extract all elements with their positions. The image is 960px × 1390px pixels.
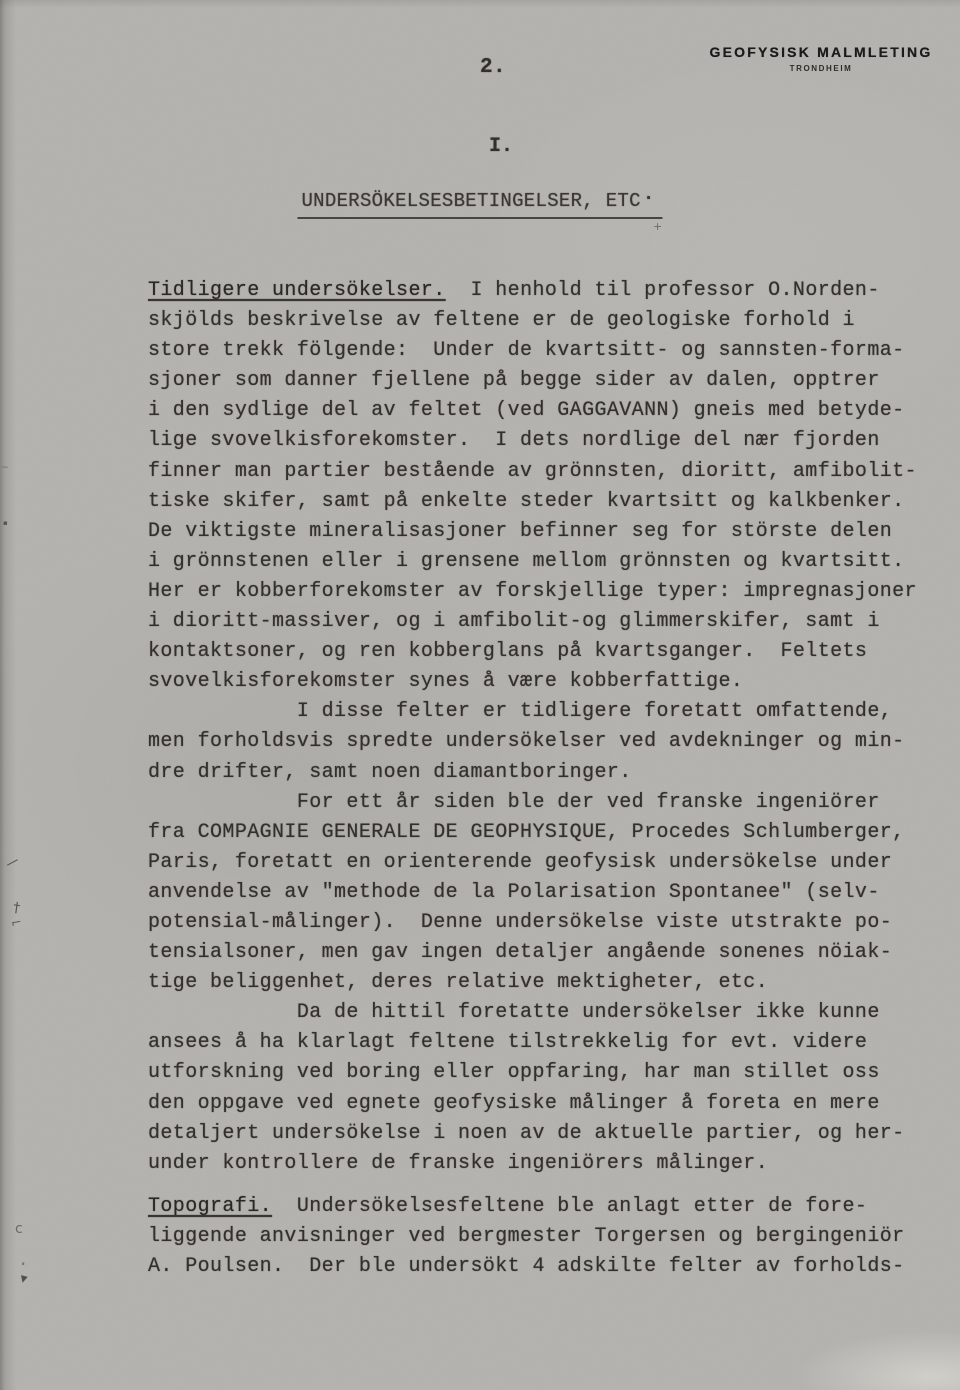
heading-underlined: Tidligere undersökelser.	[148, 279, 446, 302]
text-line: sjoner som danner fjellene på begge side…	[148, 366, 938, 396]
pencil-mark: —	[4, 854, 22, 872]
text-line: detaljert undersökelse i noen av de aktu…	[148, 1119, 938, 1149]
letterhead-org-name: GEOFYSISK MALMLETING	[706, 44, 936, 60]
text-line: liggende anvisninger ved bergmester Torg…	[148, 1222, 938, 1252]
text-line: tensialsoner, men gav ingen detaljer ang…	[148, 938, 938, 968]
document-title: UNDERSÖKELSESBETINGELSER, ETC.	[297, 190, 662, 219]
line-text: detaljert undersökelse i noen av de aktu…	[148, 1122, 905, 1145]
document-title-text: UNDERSÖKELSESBETINGELSER, ETC	[301, 190, 640, 212]
text-line: i den sydlige del av feltet (ved GAGGAVA…	[148, 396, 938, 426]
line-text: dre drifter, samt noen diamantboringer.	[148, 761, 632, 784]
line-text: i den sydlige del av feltet (ved GAGGAVA…	[148, 399, 905, 422]
pencil-mark: ▪	[3, 520, 8, 527]
text-line: dre drifter, samt noen diamantboringer.	[148, 758, 938, 788]
text-line: fra COMPAGNIE GENERALE DE GEOPHYSIQUE, P…	[148, 818, 938, 848]
line-text: tensialsoner, men gav ingen detaljer ang…	[148, 941, 892, 964]
line-text: sjoner som danner fjellene på begge side…	[148, 369, 880, 392]
line-text: finner man partier bestående av grönnste…	[148, 460, 917, 483]
line-text: under kontrollere de franske ingeniörers…	[148, 1152, 768, 1175]
line-text: I henhold til professor O.Norden-	[446, 279, 880, 302]
line-text: i dioritt-massiver, og i amfibolit-og gl…	[148, 610, 880, 633]
document-page: GEOFYSISK MALMLETING TRONDHEIM 2. I. UND…	[0, 0, 960, 1390]
line-text: tige beliggenhet, deres relative mektigh…	[148, 971, 768, 994]
text-line: kontaktsoner, og ren kobberglans på kvar…	[148, 637, 938, 667]
pencil-mark: c	[15, 1222, 23, 1236]
document-body: Tidligere undersökelser. I henhold til p…	[148, 276, 938, 1282]
line-text: Undersökelsesfeltene ble anlagt etter de…	[272, 1195, 867, 1218]
line-text: lige svovelkisforekomster. I dets nordli…	[148, 429, 880, 452]
text-line: Her er kobberforekomster av forskjellige…	[148, 577, 938, 607]
text-line: I disse felter er tidligere foretatt omf…	[148, 697, 938, 727]
line-text: svovelkisforekomster synes å være kobber…	[148, 670, 743, 693]
pencil-mark: ▾	[18, 1271, 28, 1286]
line-text: store trekk fölgende: Under de kvartsitt…	[148, 339, 905, 362]
text-line: De viktigste mineralisasjoner befinner s…	[148, 517, 938, 547]
line-text: fra COMPAGNIE GENERALE DE GEOPHYSIQUE, P…	[148, 821, 905, 844]
line-text: liggende anvisninger ved bergmester Torg…	[148, 1225, 905, 1248]
section-numeral: I.	[489, 135, 513, 158]
line-text: kontaktsoner, og ren kobberglans på kvar…	[148, 640, 867, 663]
line-text: tiske skifer, samt på enkelte steder kva…	[148, 490, 905, 513]
line-text: Her er kobberforekomster av forskjellige…	[148, 580, 917, 603]
line-text: A. Poulsen. Der ble undersökt 4 adskilte…	[148, 1255, 905, 1278]
text-line: svovelkisforekomster synes å være kobber…	[148, 667, 938, 697]
text-line: den oppgave ved egnete geofysiske måling…	[148, 1089, 938, 1119]
text-line: store trekk fölgende: Under de kvartsitt…	[148, 336, 938, 366]
text-line: ansees å ha klarlagt feltene tilstrekkel…	[148, 1028, 938, 1058]
line-text: utforskning ved boring eller oppfaring, …	[148, 1061, 880, 1084]
text-line: Topografi. Undersökelsesfeltene ble anla…	[148, 1192, 938, 1222]
text-line: For ett år siden ble der ved franske ing…	[148, 788, 938, 818]
text-line: men forholdsvis spredte undersökelser ve…	[148, 727, 938, 757]
line-text: I disse felter er tidligere foretatt omf…	[148, 700, 892, 723]
pencil-mark: +	[653, 221, 662, 232]
text-line: potensial-målinger). Denne undersökelse …	[148, 908, 938, 938]
line-text: potensial-målinger). Denne undersökelse …	[148, 911, 892, 934]
text-line: Da de hittil foretatte undersökelser ikk…	[148, 998, 938, 1028]
line-text: Paris, foretatt en orienterende geofysis…	[148, 851, 892, 874]
text-line: lige svovelkisforekomster. I dets nordli…	[148, 426, 938, 456]
line-text: men forholdsvis spredte undersökelser ve…	[148, 730, 905, 753]
line-text: skjölds beskrivelse av feltene er de geo…	[148, 309, 855, 332]
text-line: anvendelse av "methode de la Polarisatio…	[148, 878, 938, 908]
line-text: ansees å ha klarlagt feltene tilstrekkel…	[148, 1031, 867, 1054]
text-line: tiske skifer, samt på enkelte steder kva…	[148, 487, 938, 517]
line-text: Da de hittil foretatte undersökelser ikk…	[148, 1001, 880, 1024]
line-text: For ett år siden ble der ved franske ing…	[148, 791, 880, 814]
text-line: Paris, foretatt en orienterende geofysis…	[148, 848, 938, 878]
line-text: den oppgave ved egnete geofysiske måling…	[148, 1092, 880, 1115]
text-line: i grönnstenen eller i grensene mellom gr…	[148, 547, 938, 577]
line-text: i grönnstenen eller i grensene mellom gr…	[148, 550, 905, 573]
text-line: skjölds beskrivelse av feltene er de geo…	[148, 306, 938, 336]
line-text: anvendelse av "methode de la Polarisatio…	[148, 881, 880, 904]
text-line: finner man partier bestående av grönnste…	[148, 457, 938, 487]
page-number: 2.	[480, 56, 506, 79]
pencil-mark: ·	[20, 1254, 26, 1274]
title-trailing-dot: .	[643, 183, 655, 205]
pencil-mark: ⌐	[10, 916, 23, 931]
letterhead-city: TRONDHEIM	[706, 64, 936, 73]
heading-underlined: Topografi.	[148, 1195, 272, 1218]
text-line: i dioritt-massiver, og i amfibolit-og gl…	[148, 607, 938, 637]
text-line: Tidligere undersökelser. I henhold til p…	[148, 276, 938, 306]
pencil-mark: †	[12, 901, 21, 916]
pencil-mark: ~	[1, 464, 9, 473]
text-line: utforskning ved boring eller oppfaring, …	[148, 1058, 938, 1088]
text-line: under kontrollere de franske ingeniörers…	[148, 1149, 938, 1179]
line-text: De viktigste mineralisasjoner befinner s…	[148, 520, 892, 543]
text-line: A. Poulsen. Der ble undersökt 4 adskilte…	[148, 1252, 938, 1282]
letterhead: GEOFYSISK MALMLETING TRONDHEIM	[706, 44, 936, 73]
text-line: tige beliggenhet, deres relative mektigh…	[148, 968, 938, 998]
